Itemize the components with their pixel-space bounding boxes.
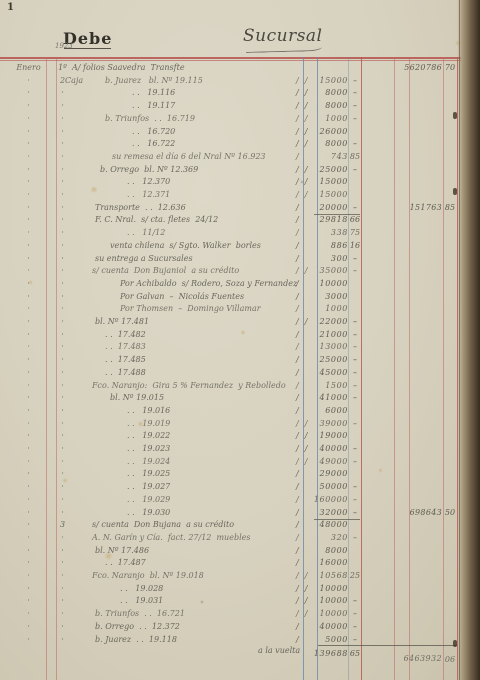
- ledger-row: · · Transporte . . 12.636 / 20000 – 1517…: [0, 202, 461, 215]
- month-cell: ·: [12, 392, 45, 404]
- branch-title-flourish: [246, 47, 322, 53]
- amount-cents: –: [349, 367, 361, 379]
- entry-description: . . 19.025: [127, 468, 170, 480]
- month-cell: Enero: [12, 62, 45, 74]
- amount-cents: –: [349, 507, 361, 519]
- amount-cents: –: [349, 354, 361, 366]
- day-cell: ·: [56, 418, 69, 430]
- amount-value: 10568: [310, 570, 348, 582]
- day-cell: ·: [56, 354, 69, 366]
- entry-description: . . 19.024: [127, 456, 170, 468]
- amount-value: 22000: [310, 316, 348, 328]
- day-cell: ·: [56, 303, 69, 315]
- amount-value: 50000: [310, 481, 348, 493]
- month-cell: ·: [12, 532, 45, 544]
- day-cell: ·: [56, 634, 69, 646]
- month-cell: ·: [12, 570, 45, 582]
- month-cell: ·: [12, 507, 45, 519]
- amount-value: 160000: [310, 494, 348, 506]
- ledger-row: · · . . 12.370 // 15000: [0, 176, 461, 189]
- entry-description: . . 16.722: [132, 138, 175, 150]
- ledger-row: · · . . 19.016 / 6000: [0, 405, 461, 418]
- amount-cents: –: [349, 595, 361, 607]
- amount-value: 21000: [310, 329, 348, 341]
- amount-cents: –: [349, 418, 361, 430]
- carry-forward-cents: 65: [349, 649, 361, 658]
- day-cell: ·: [56, 570, 69, 582]
- day-cell: ·: [56, 214, 69, 226]
- amount-value: 25000: [310, 354, 348, 366]
- entry-description: bl. Nº 17.481: [95, 316, 149, 328]
- entry-description: Fco. Naranjo bl. Nº 19.018: [92, 570, 204, 582]
- amount-value: 41000: [310, 392, 348, 404]
- day-cell: ·: [56, 405, 69, 417]
- month-cell: ·: [12, 634, 45, 646]
- amount-value: 29818: [310, 214, 348, 226]
- day-cell: ·: [56, 87, 69, 99]
- entry-description: . . 19.019: [127, 418, 170, 430]
- month-cell: ·: [12, 595, 45, 607]
- month-cell: ·: [12, 608, 45, 620]
- entry-description: . . 19.031: [120, 595, 163, 607]
- day-cell: ·: [56, 507, 69, 519]
- amount-value: 886: [310, 240, 348, 252]
- ledger-row: · · Por Galvan – Nicolás Fuentes / 3000: [0, 291, 461, 304]
- day-cell: ·: [56, 621, 69, 633]
- day-cell: ·: [56, 227, 69, 239]
- entry-description: . . 19.029: [127, 494, 170, 506]
- day-cell: ·: [56, 240, 69, 252]
- amount-cents: –: [349, 202, 361, 214]
- day-cell: ·: [56, 443, 69, 455]
- month-cell: ·: [12, 443, 45, 455]
- entry-description: Fco. Naranjo: Gira 5 % Fernandez y Rebol…: [92, 380, 286, 392]
- month-cell: ·: [12, 151, 45, 163]
- amount-value: 15000: [310, 176, 348, 188]
- month-cell: ·: [12, 316, 45, 328]
- amount-cents: –: [349, 265, 361, 277]
- ledger-row: · · . . 17.483 / 13000 –: [0, 341, 461, 354]
- amount-value: 3000: [310, 291, 348, 303]
- carry-forward-label: a la vuelta: [258, 646, 300, 655]
- amount-cents: –: [349, 87, 361, 99]
- amount-cents: –: [349, 113, 361, 125]
- amount-cents: –: [349, 316, 361, 328]
- total-cents: 85: [444, 202, 456, 214]
- amount-value: 8000: [310, 138, 348, 150]
- ledger-row: · · . . 17.487 / 16000: [0, 557, 461, 570]
- day-cell: ·: [56, 380, 69, 392]
- ledger-row: · · bl. Nº 17.481 // 22000 –: [0, 316, 461, 329]
- entry-description: bl. Nº 19.015: [110, 392, 164, 404]
- month-cell: ·: [12, 481, 45, 493]
- ledger-row: · · Por Thomsen – Domingo Villamar / 100…: [0, 303, 461, 316]
- amount-cents: –: [349, 253, 361, 265]
- month-cell: ·: [12, 87, 45, 99]
- month-cell: ·: [12, 468, 45, 480]
- entry-description: F. C. Nral. s/ cta. fletes 24/12: [95, 214, 218, 226]
- year-label: 1923: [55, 42, 73, 50]
- entry-description: bl. Nº 17.486: [95, 545, 149, 557]
- amount-value: 40000: [310, 443, 348, 455]
- entry-description: . . 17.487: [105, 557, 146, 569]
- ledger-row: · · F. C. Nral. s/ cta. fletes 24/12 / 2…: [0, 214, 461, 227]
- ledger-row: · · . . 16.720 // 26000: [0, 126, 461, 139]
- month-cell: ·: [12, 329, 45, 341]
- amount-cents: –: [349, 164, 361, 176]
- amount-value: 25000: [310, 164, 348, 176]
- amount-cents: –: [349, 392, 361, 404]
- amount-cents: –: [349, 634, 361, 646]
- entry-description: . . 17.488: [105, 367, 146, 379]
- day-cell: ·: [56, 291, 69, 303]
- month-cell: ·: [12, 621, 45, 633]
- day-cell: ·: [56, 278, 69, 290]
- ledger-row: · 2 Caja b. Juarez bl. Nº 19.115 // 1500…: [0, 75, 461, 88]
- amount-value: 1000: [310, 303, 348, 315]
- month-cell: ·: [12, 405, 45, 417]
- ledger-row: · 3 s/ cuenta Don Bujana a su crédito / …: [0, 519, 461, 532]
- amount-cents: –: [349, 621, 361, 633]
- month-cell: ·: [12, 176, 45, 188]
- amount-value: 40000: [310, 621, 348, 633]
- month-cell: ·: [12, 75, 45, 87]
- branch-title: Sucursal: [243, 26, 323, 46]
- ledger-row: · · s/ cuenta Don Bujaniol a su crédito …: [0, 265, 461, 278]
- amount-cents: –: [349, 456, 361, 468]
- ledger-row: · · venta chilena s/ Sgto. Walker borles…: [0, 240, 461, 253]
- month-cell: ·: [12, 138, 45, 150]
- amount-value: 5000: [310, 634, 348, 646]
- amount-value: 10000: [310, 595, 348, 607]
- amount-value: 6000: [310, 405, 348, 417]
- entry-description: A/ folios Saavedra Transfte: [72, 62, 185, 74]
- ledger-row: · · bl. Nº 19.015 / 41000 –: [0, 392, 461, 405]
- amount-value: 10000: [310, 608, 348, 620]
- month-cell: ·: [12, 367, 45, 379]
- entry-description: . . 19.027: [127, 481, 170, 493]
- amount-value: 48000: [310, 519, 348, 531]
- month-cell: ·: [12, 100, 45, 112]
- day-cell: ·: [56, 532, 69, 544]
- day-cell: ·: [56, 151, 69, 163]
- column-sum-line: [318, 645, 457, 646]
- amount-cents: 85: [349, 151, 361, 163]
- grand-total-cents: 06: [444, 655, 456, 664]
- entry-description: . . 12.371: [127, 189, 170, 201]
- amount-value: 320: [310, 532, 348, 544]
- ledger-page: 1 Debe 1923 Sucursal Enero 1º A/ folios …: [0, 0, 480, 680]
- binding-stitch: [453, 112, 457, 119]
- day-cell: ·: [56, 481, 69, 493]
- amount-value: 45000: [310, 367, 348, 379]
- entry-description: Por Thomsen – Domingo Villamar: [120, 303, 261, 315]
- entry-description: . . 19.116: [132, 87, 175, 99]
- month-cell: ·: [12, 557, 45, 569]
- month-cell: ·: [12, 278, 45, 290]
- amount-cents: –: [349, 341, 361, 353]
- entry-description: b. Orrego . . 12.372: [95, 621, 180, 633]
- month-cell: ·: [12, 214, 45, 226]
- month-cell: ·: [12, 456, 45, 468]
- amount-value: 1000: [310, 113, 348, 125]
- month-cell: ·: [12, 253, 45, 265]
- ledger-row: · · . . 11/12 / 338 75: [0, 227, 461, 240]
- ledger-row: · · Por Achibaldo s/ Rodero, Soza y Fern…: [0, 278, 461, 291]
- entry-description: s/ cuenta Don Bujana a su crédito: [92, 519, 234, 531]
- ledger-row: · · . . 19.117 // 8000 –: [0, 100, 461, 113]
- entry-description: . . 12.370: [127, 176, 170, 188]
- ledger-row: · · b. Orrego . . 12.372 / 40000 –: [0, 621, 461, 634]
- day-cell: ·: [56, 545, 69, 557]
- amount-value: 8000: [310, 100, 348, 112]
- entry-description: . . 19.023: [127, 443, 170, 455]
- page-number: 1: [7, 2, 14, 13]
- book-binding-edge: [457, 0, 480, 680]
- entry-description: . . 19.022: [127, 430, 170, 442]
- entry-description: Por Achibaldo s/ Rodero, Soza y Fernande…: [120, 278, 297, 290]
- amount-cents: –: [349, 481, 361, 493]
- month-cell: ·: [12, 380, 45, 392]
- day-cell: 1º: [56, 62, 69, 74]
- amount-value: 10000: [310, 278, 348, 290]
- month-cell: ·: [12, 341, 45, 353]
- month-cell: ·: [12, 291, 45, 303]
- entry-description: b. Triunfos . . 16.721: [95, 608, 185, 620]
- day-cell: ·: [56, 164, 69, 176]
- day-cell: ·: [56, 126, 69, 138]
- entry-description: . . 19.028: [120, 583, 163, 595]
- day-cell: 3: [56, 519, 69, 531]
- day-cell: ·: [56, 341, 69, 353]
- month-cell: ·: [12, 354, 45, 366]
- month-cell: ·: [12, 126, 45, 138]
- day-cell: ·: [56, 468, 69, 480]
- day-cell: ·: [56, 392, 69, 404]
- total-cents: 70: [444, 62, 456, 74]
- ledger-row: · · . . 19.019 // 39000 –: [0, 418, 461, 431]
- ledger-row: · · . . 19.025 / 29000: [0, 468, 461, 481]
- amount-value: 1500: [310, 380, 348, 392]
- month-cell: ·: [12, 545, 45, 557]
- amount-cents: 25: [349, 570, 361, 582]
- amount-value: 39000: [310, 418, 348, 430]
- ledger-row: · · su remesa el día 6 del Nral Nº 16.92…: [0, 151, 461, 164]
- ledger-row: · · b. Triunfos . . 16.719 // 1000 –: [0, 113, 461, 126]
- total-cents: 50: [444, 507, 456, 519]
- amount-cents: –: [349, 329, 361, 341]
- day-cell: ·: [56, 367, 69, 379]
- month-cell: ·: [12, 418, 45, 430]
- entry-description: . . 19.117: [132, 100, 175, 112]
- amount-value: 15000: [310, 189, 348, 201]
- ledger-row: Enero 1º A/ folios Saavedra Transfte 562…: [0, 62, 461, 75]
- month-cell: ·: [12, 113, 45, 125]
- entry-description: venta chilena s/ Sgto. Walker borles: [110, 240, 261, 252]
- total-value: 151763: [400, 202, 442, 214]
- amount-value: 743: [310, 151, 348, 163]
- binding-stitch: [453, 188, 457, 195]
- ledger-row: · · . . 19.031 // 10000 –: [0, 595, 461, 608]
- top-rule-line: [0, 57, 461, 59]
- ledger-row: · · . . 19.022 // 19000: [0, 430, 461, 443]
- amount-cents: –: [349, 100, 361, 112]
- month-cell: ·: [12, 202, 45, 214]
- ledger-row: · · . . 19.027 / 50000 –: [0, 481, 461, 494]
- entry-description: b. Triunfos . . 16.719: [105, 113, 195, 125]
- amount-value: 10000: [310, 583, 348, 595]
- entry-description: s/ cuenta Don Bujaniol a su crédito: [92, 265, 239, 277]
- amount-cents: –: [349, 608, 361, 620]
- day-cell: ·: [56, 494, 69, 506]
- day-cell: ·: [56, 138, 69, 150]
- grand-total-amount: 6463932: [398, 654, 442, 663]
- amount-cents: –: [349, 532, 361, 544]
- month-cell: ·: [12, 494, 45, 506]
- ledger-row: · · . . 12.371 // 15000: [0, 189, 461, 202]
- entry-description: b. Juarez . . 19.118: [95, 634, 177, 646]
- binding-stitch: [453, 640, 457, 647]
- ledger-row: · · su entrega a Sucursales / 300 –: [0, 253, 461, 266]
- amount-cents: –: [349, 443, 361, 455]
- amount-value: 49000: [310, 456, 348, 468]
- day-cell: ·: [56, 329, 69, 341]
- amount-cents: 75: [349, 227, 361, 239]
- ledger-row: · · A. N. Garín y Cía. fact. 27/12 muebl…: [0, 532, 461, 545]
- day-cell: ·: [56, 557, 69, 569]
- ledger-row: · · . . 16.722 // 8000 –: [0, 138, 461, 151]
- month-cell: ·: [12, 164, 45, 176]
- entry-description: Por Galvan – Nicolás Fuentes: [120, 291, 244, 303]
- month-cell: ·: [12, 583, 45, 595]
- entry-description: su entrega a Sucursales: [95, 253, 193, 265]
- ledger-row: · · Fco. Naranjo: Gira 5 % Fernandez y R…: [0, 380, 461, 393]
- amount-value: 300: [310, 253, 348, 265]
- amount-value: 8000: [310, 545, 348, 557]
- ledger-row: · · . . 17.482 / 21000 –: [0, 329, 461, 342]
- entry-description: . . 17.485: [105, 354, 146, 366]
- ledger-row: · · . . 17.488 / 45000 –: [0, 367, 461, 380]
- ledger-row: · · Fco. Naranjo bl. Nº 19.018 // 10568 …: [0, 570, 461, 583]
- ledger-row: · · bl. Nº 17.486 / 8000: [0, 545, 461, 558]
- top-rule-line-thin: [0, 60, 461, 61]
- day-cell: ·: [56, 189, 69, 201]
- ledger-row: · · . . 17.485 / 25000 –: [0, 354, 461, 367]
- amount-value: 15000: [310, 75, 348, 87]
- amount-value: 19000: [310, 430, 348, 442]
- day-cell: ·: [56, 176, 69, 188]
- entry-description: . . 19.030: [127, 507, 170, 519]
- day-cell: ·: [56, 595, 69, 607]
- ledger-row: · · b. Triunfos . . 16.721 // 10000 –: [0, 608, 461, 621]
- day-cell: ·: [56, 430, 69, 442]
- ledger-row: · · b. Orrego bl. Nº 12.369 // 25000 –: [0, 164, 461, 177]
- amount-value: 16000: [310, 557, 348, 569]
- amount-value: 26000: [310, 126, 348, 138]
- day-cell: ·: [56, 202, 69, 214]
- entry-description: . . 17.483: [105, 341, 146, 353]
- amount-cents: –: [349, 380, 361, 392]
- account-label: Caja: [65, 75, 83, 87]
- month-cell: ·: [12, 519, 45, 531]
- day-cell: ·: [56, 113, 69, 125]
- amount-value: 35000: [310, 265, 348, 277]
- amount-value: 13000: [310, 341, 348, 353]
- amount-value: 338: [310, 227, 348, 239]
- total-value: 698643: [400, 507, 442, 519]
- ledger-row: · · . . 19.023 // 40000 –: [0, 443, 461, 456]
- entry-description: b. Juarez bl. Nº 19.115: [105, 75, 203, 87]
- entry-description: su remesa el día 6 del Nral Nº 16.923: [112, 151, 266, 163]
- month-cell: ·: [12, 265, 45, 277]
- day-cell: ·: [56, 253, 69, 265]
- month-cell: ·: [12, 430, 45, 442]
- day-cell: ·: [56, 316, 69, 328]
- entry-description: . . 11/12: [127, 227, 165, 239]
- amount-cents: –: [349, 75, 361, 87]
- month-cell: ·: [12, 189, 45, 201]
- month-cell: ·: [12, 240, 45, 252]
- ledger-row: · · . . 19.116 // 8000 –: [0, 87, 461, 100]
- ledger-row: · · . . 19.028 // 10000: [0, 583, 461, 596]
- ledger-row: · · . . 19.024 // 49000 –: [0, 456, 461, 469]
- amount-value: 32000: [310, 507, 348, 519]
- day-cell: ·: [56, 265, 69, 277]
- amount-cents: –: [349, 494, 361, 506]
- amount-value: 8000: [310, 87, 348, 99]
- month-cell: ·: [12, 303, 45, 315]
- ledger-row: · · . . 19.029 / 160000 –: [0, 494, 461, 507]
- month-cell: ·: [12, 227, 45, 239]
- day-cell: ·: [56, 583, 69, 595]
- entry-description: A. N. Garín y Cía. fact. 27/12 muebles: [92, 532, 250, 544]
- amount-cents: 16: [349, 240, 361, 252]
- amount-cents: 66: [349, 214, 361, 226]
- amount-value: 29000: [310, 468, 348, 480]
- entry-description: b. Orrego bl. Nº 12.369: [100, 164, 198, 176]
- amount-cents: –: [349, 138, 361, 150]
- entry-description: . . 17.482: [105, 329, 146, 341]
- amount-value: 20000: [310, 202, 348, 214]
- day-cell: ·: [56, 100, 69, 112]
- day-cell: ·: [56, 608, 69, 620]
- entry-description: . . 19.016: [127, 405, 170, 417]
- carry-forward-amount: 139688: [308, 649, 348, 658]
- day-cell: ·: [56, 456, 69, 468]
- entry-description: . . 16.720: [132, 126, 175, 138]
- entry-description: Transporte . . 12.636: [95, 202, 186, 214]
- ledger-row: · · . . 19.030 / 32000 – 698643 50: [0, 507, 461, 520]
- total-value: 5620786: [400, 62, 442, 74]
